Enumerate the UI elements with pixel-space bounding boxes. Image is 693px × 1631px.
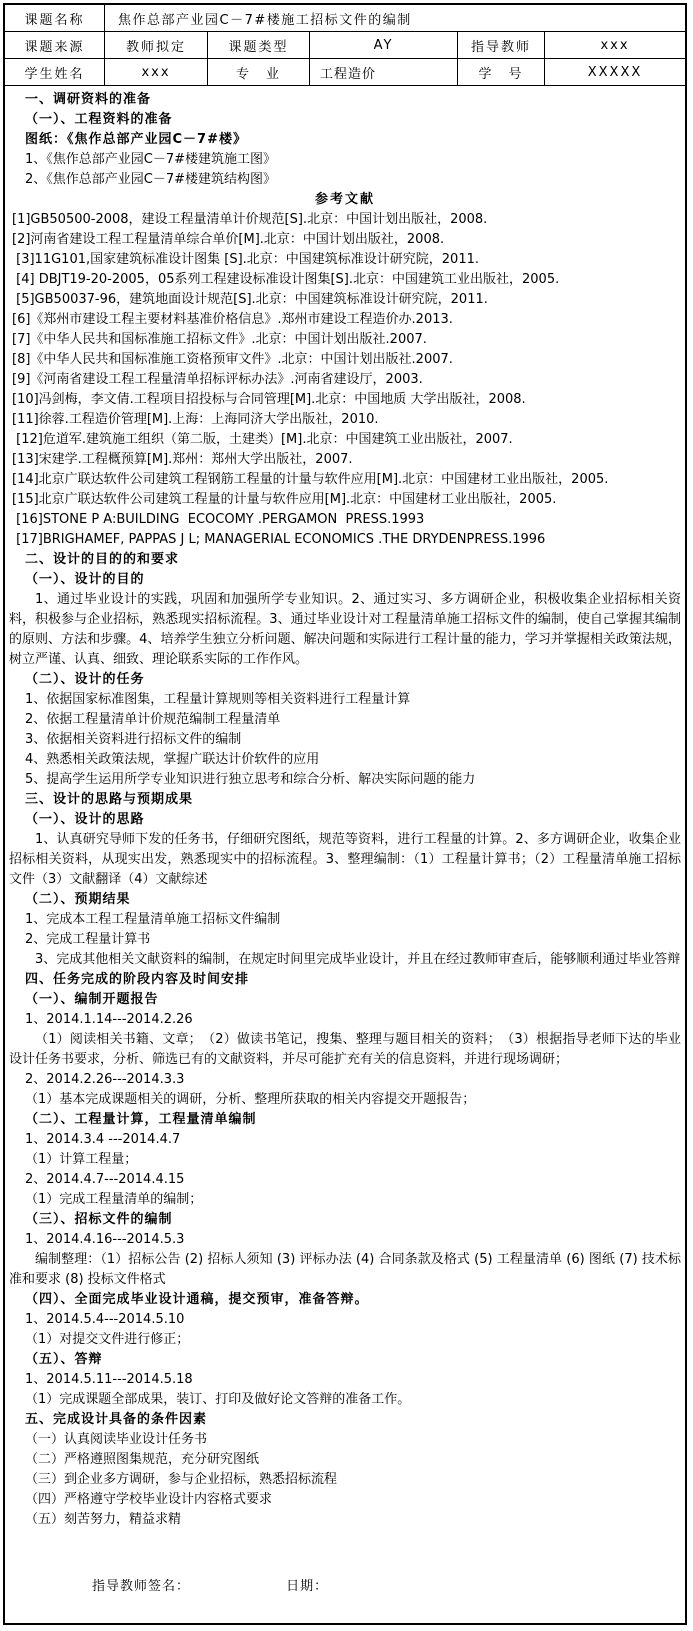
header-row-student: 学生姓名 xxx 专 业 工程造价 学 号 XXXXX <box>5 59 685 86</box>
topic-name-value: 焦作总部产业园C－7#楼施工招标文件的编制 <box>105 5 685 31</box>
reference-line: [1]GB50500-2008，建设工程量清单计价规范[S].北京：中国计划出版… <box>5 210 685 230</box>
reference-line: [14]北京广联达软件公司建筑工程钢筋工程量的计量与软件应用[M].北京：中国建… <box>5 470 685 490</box>
list-line: 3、依据相关资料进行招标文件的编制 <box>5 730 685 750</box>
subsection-heading: （四）、全面完成毕业设计通稿，提交预审，准备答辩。 <box>5 1290 685 1310</box>
reference-line: [3]11G101,国家建筑标准设计图集 [S].北京：中国建筑标准设计研究院，… <box>5 250 685 270</box>
list-line: （三）到企业多方调研，参与企业招标，熟悉招标流程 <box>5 1470 685 1490</box>
subsection-heading: （一）、设计的思路 <box>5 810 685 830</box>
topic-type-value: AY <box>310 32 458 58</box>
paragraph: （1）阅读相关书籍、文章； （2）做读书笔记，搜集、整理与题目相关的资料； （3… <box>5 1030 685 1070</box>
reference-line: [10]冯剑梅，李文倩.工程项目招投标与合同管理[M].北京：中国地质 大学出版… <box>5 390 685 410</box>
list-line: 2、《焦作总部产业园C－7#楼建筑结构图》 <box>5 170 685 190</box>
list-line: （1）基本完成课题相关的调研，分析、整理所获取的相关内容提交开题报告； <box>5 1090 685 1110</box>
reference-line: [5]GB50037-96，建筑地面设计规范[S].北京：中国建筑标准设计研究院… <box>5 290 685 310</box>
list-line: （1）对提交文件进行修正； <box>5 1330 685 1350</box>
list-line: （1）计算工程量； <box>5 1150 685 1170</box>
body-content: 一、调研资料的准备（一）、工程资料的准备图纸：《焦作总部产业园C－7#楼》1、《… <box>5 90 685 1530</box>
subsection-heading: （二）、设计的任务 <box>5 670 685 690</box>
list-line: 5、提高学生运用所学专业知识进行独立思考和综合分析、解决实际问题的能力 <box>5 770 685 790</box>
list-line: 2、2014.4.7---2014.4.15 <box>5 1170 685 1190</box>
reference-line: [15]北京广联达软件公司建筑工程量的计量与软件应用[M].北京：中国建材工业出… <box>5 490 685 510</box>
date-label: 日期： <box>286 1579 328 1594</box>
subsection-heading: （二）、工程量计算，工程量清单编制 <box>5 1110 685 1130</box>
list-line: （一）认真阅读毕业设计任务书 <box>5 1430 685 1450</box>
subsection-heading: （一）、工程资料的准备 <box>5 110 685 130</box>
subsection-heading: 图纸：《焦作总部产业园C－7#楼》 <box>5 130 685 150</box>
section-heading: 四、任务完成的阶段内容及时间安排 <box>5 970 685 990</box>
section-heading: 三、设计的思路与预期成果 <box>5 790 685 810</box>
list-line: （1）完成工程量清单的编制； <box>5 1190 685 1210</box>
reference-line: [2]河南省建设工程工程量清单综合单价[M].北京：中国计划出版社，2008. <box>5 230 685 250</box>
major-label: 专 业 <box>208 59 310 85</box>
list-line: 1、2014.4.16---2014.5.3 <box>5 1230 685 1250</box>
list-line: （二）严格遵照图集规范，充分研究图纸 <box>5 1450 685 1470</box>
reference-line: [4] DBJT19-20-2005，05系列工程建设标准设计图集[S].北京：… <box>5 270 685 290</box>
student-id-value: XXXXX <box>545 59 685 85</box>
form-border: 课题名称 焦作总部产业园C－7#楼施工招标文件的编制 课题来源 教师拟定 课题类… <box>3 3 687 1625</box>
section-heading: 五、完成设计具备的条件因素 <box>5 1410 685 1430</box>
reference-line: [6]《郑州市建设工程主要材料基准价格信息》.郑州市建设工程造价办.2013. <box>5 310 685 330</box>
form-body: 一、调研资料的准备（一）、工程资料的准备图纸：《焦作总部产业园C－7#楼》1、《… <box>5 86 685 1623</box>
major-value: 工程造价 <box>310 59 458 85</box>
reference-line: [11]徐蓉.工程造价管理[M].上海：上海同济大学出版社，2010. <box>5 410 685 430</box>
reference-line: [16]STONE P A:BUILDING ECOCOMY .PERGAMON… <box>5 510 685 530</box>
topic-type-label: 课题类型 <box>208 32 310 58</box>
list-line: 1、2014.5.11---2014.5.18 <box>5 1370 685 1390</box>
reference-line: [12]危道军.建筑施工组织（第二版，土建类）[M].北京：中国建筑工业出版社，… <box>5 430 685 450</box>
subsection-heading: （一）、设计的目的 <box>5 570 685 590</box>
advisor-label: 指导教师 <box>458 32 545 58</box>
list-line: 2、2014.2.26---2014.3.3 <box>5 1070 685 1090</box>
topic-name-label: 课题名称 <box>5 5 105 31</box>
list-line: 1、2014.1.14---2014.2.26 <box>5 1010 685 1030</box>
subsection-heading: （二）、预期结果 <box>5 890 685 910</box>
advisor-signature-label: 指导教师签名： <box>92 1579 190 1594</box>
paragraph: 3、完成其他相关文献资料的编制，在规定时间里完成毕业设计，并且在经过教师审查后，… <box>5 950 685 970</box>
list-line: 2、依据工程量清单计价规范编制工程量清单 <box>5 710 685 730</box>
reference-line: [17]BRIGHAMEF, PAPPAS J L; MANAGERIAL EC… <box>5 530 685 550</box>
subsection-heading: （五）、答辩 <box>5 1350 685 1370</box>
list-line: （四）严格遵守学校毕业设计内容格式要求 <box>5 1490 685 1510</box>
subsection-heading: （一）、编制开题报告 <box>5 990 685 1010</box>
paragraph: 编制整理：（1）招标公告 (2) 招标人须知 (3) 评标办法 (4) 合同条款… <box>5 1250 685 1290</box>
graduation-design-task-form: 课题名称 焦作总部产业园C－7#楼施工招标文件的编制 课题来源 教师拟定 课题类… <box>0 0 693 1631</box>
reference-line: [7]《中华人民共和国标准施工招标文件》.北京：中国计划出版社.2007. <box>5 330 685 350</box>
topic-source-value: 教师拟定 <box>105 32 208 58</box>
topic-source-label: 课题来源 <box>5 32 105 58</box>
list-line: （1）完成课题全部成果，装订、打印及做好论文答辩的准备工作。 <box>5 1390 685 1410</box>
list-line: 1、2014.3.4 ---2014.4.7 <box>5 1130 685 1150</box>
student-name-value: xxx <box>105 59 208 85</box>
section-heading: 二、设计的目的的和要求 <box>5 550 685 570</box>
reference-line: [13]宋建学.工程概预算[M].郑州：郑州大学出版社，2007. <box>5 450 685 470</box>
list-line: 1、依据国家标准图集，工程量计算规则等相关资料进行工程量计算 <box>5 690 685 710</box>
list-line: 1、2014.5.4---2014.5.10 <box>5 1310 685 1330</box>
list-line: 1、完成本工程工程量清单施工招标文件编制 <box>5 910 685 930</box>
section-heading: 一、调研资料的准备 <box>5 90 685 110</box>
student-id-label: 学 号 <box>458 59 545 85</box>
header-row-topic: 课题名称 焦作总部产业园C－7#楼施工招标文件的编制 <box>5 5 685 32</box>
paragraph: 1、认真研究导师下发的任务书，仔细研究图纸，规范等资料，进行工程量的计算。2、多… <box>5 830 685 890</box>
list-line: 2、完成工程量计算书 <box>5 930 685 950</box>
references-title: 参考文献 <box>5 190 685 210</box>
reference-line: [9]《河南省建设工程工程量清单招标评标办法》.河南省建设厅，2003. <box>5 370 685 390</box>
list-line: 4、熟悉相关政策法规，掌握广联达计价软件的应用 <box>5 750 685 770</box>
paragraph: 1、通过毕业设计的实践，巩固和加强所学专业知识。2、通过实习、多方调研企业，积极… <box>5 590 685 670</box>
reference-line: [8]《中华人民共和国标准施工资格预审文件》.北京：中国计划出版社.2007. <box>5 350 685 370</box>
advisor-value: xxx <box>545 32 685 58</box>
signature-row: 指导教师签名： 日期： <box>5 1577 685 1597</box>
list-line: （五）刻苦努力，精益求精 <box>5 1510 685 1530</box>
student-name-label: 学生姓名 <box>5 59 105 85</box>
list-line: 1、《焦作总部产业园C－7#楼建筑施工图》 <box>5 150 685 170</box>
header-row-source: 课题来源 教师拟定 课题类型 AY 指导教师 xxx <box>5 32 685 59</box>
subsection-heading: （三）、招标文件的编制 <box>5 1210 685 1230</box>
